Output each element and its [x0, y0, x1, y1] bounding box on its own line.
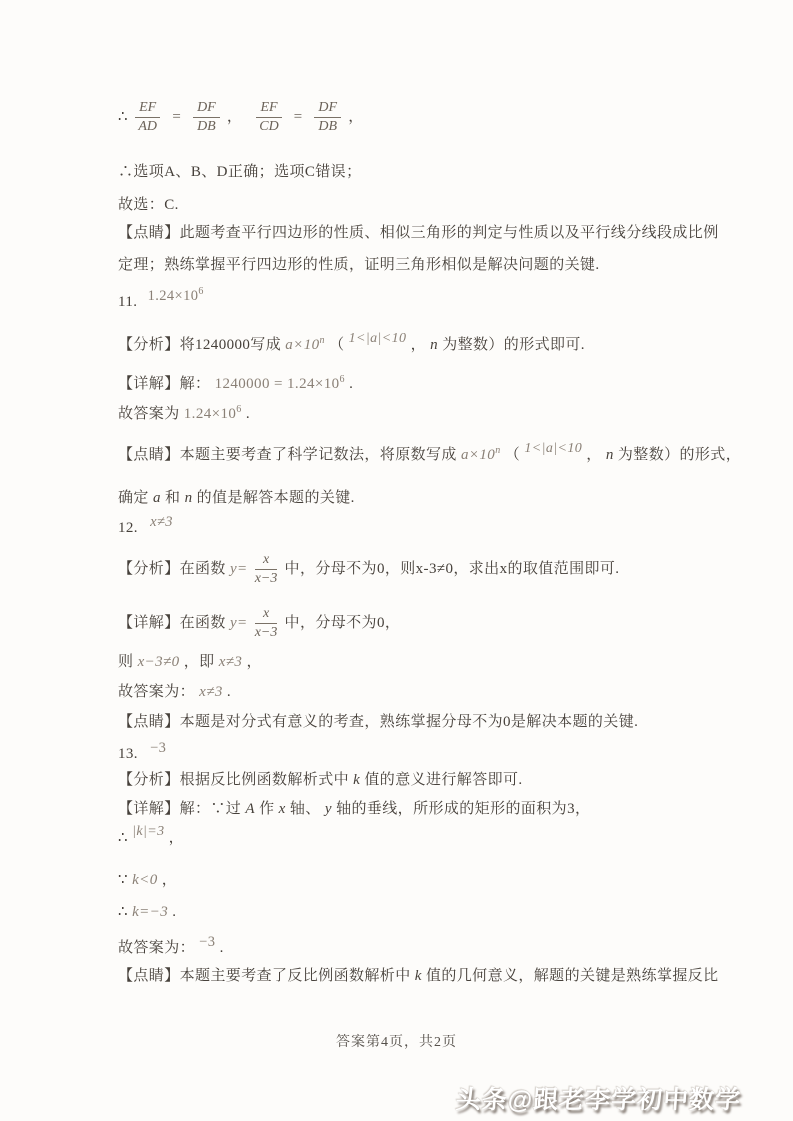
note-text-tail: 为整数）的形式，: [618, 447, 741, 463]
analysis-text-tail: 为整数）的形式即可.: [442, 337, 585, 353]
therefore-symbol: ∴: [118, 109, 128, 125]
q12-number: 12.: [118, 520, 138, 536]
result-value: −3: [199, 934, 215, 950]
detail-text: 轴、: [290, 801, 321, 817]
q12-analysis: 【分析】在函数 y= xx−3 中，分母不为0，则x-3≠0，求出x的取值范围即…: [118, 552, 619, 587]
q11-number: 11.: [118, 294, 137, 310]
var-y: y: [325, 801, 332, 817]
q12-step-line: 则 x−3≠0 ，即 x≠3 ，: [118, 650, 262, 671]
note-text: 【点睛】本题主要考查了反比例函数解析中: [118, 968, 411, 984]
q11-analysis: 【分析】将1240000写成 a×10n （ 1<|a|<10 ， n 为整数）…: [118, 331, 585, 354]
sci-exponent: n: [495, 445, 500, 456]
fraction-x-over-x-minus-3: xx−3: [255, 552, 278, 587]
fraction-numerator: x: [255, 606, 278, 624]
inequality-x-minus-3: x−3≠0: [138, 654, 180, 670]
note-text-tail: 的值是解答本题的关键.: [197, 490, 355, 506]
equals-sign: =: [171, 109, 182, 125]
note-text-tail: 值的几何意义，解题的关键是熟练掌握反比: [426, 968, 719, 984]
condition-formula: 1<|a|<10: [349, 331, 407, 346]
fraction-denominator: DB: [193, 118, 220, 135]
result-value: 1.24×106: [184, 406, 242, 422]
fraction-ef-ad: EFAD: [135, 100, 160, 135]
fraction-denominator: AD: [135, 118, 160, 135]
fraction-denominator: CD: [256, 118, 281, 135]
q13-detail: 【详解】解：∵过 A 作 x 轴、 y 轴的垂线，所形成的矩形的面积为3，: [118, 797, 590, 818]
comma: ，: [586, 447, 601, 463]
fraction-denominator: x−3: [255, 570, 278, 587]
note-text: 【点睛】本题主要考查了科学记数法，将原数写成: [118, 447, 457, 463]
q10-options-conclusion: ∴选项A、B、D正确；选项C错误；: [118, 160, 361, 181]
q13-answer-value: −3: [150, 740, 166, 756]
q11-detail: 【详解】解： 1240000 = 1.24×106 .: [118, 372, 353, 393]
q13-step2: ∵ k<0 ，: [118, 868, 177, 889]
q12-result: 故答案为： x≠3 .: [118, 680, 231, 701]
q12-answer-value: x≠3: [150, 514, 173, 530]
equation-exponent: 6: [340, 374, 345, 385]
answer-sheet-page: ∴ EFAD = DFDB ， EFCD = DFDB ， ∴选项A、B、D正确…: [0, 0, 793, 1121]
detail-label: 【详解】在函数: [118, 615, 226, 631]
q10-choice-line: 故选：C.: [118, 193, 179, 214]
detail-text: 作: [259, 801, 274, 817]
paren-open: （: [505, 447, 520, 463]
result-text: 故答案为：: [118, 940, 195, 956]
fraction-numerator: EF: [256, 100, 281, 118]
detail-label: 【详解】解：∵过: [118, 801, 241, 817]
var-x: x: [279, 801, 286, 817]
fraction-denominator: DB: [314, 118, 341, 135]
inequality-x: x≠3: [219, 654, 243, 670]
fraction-numerator: DF: [193, 100, 220, 118]
var-a: a: [153, 490, 161, 506]
watermark-toutiao: 头条@跟老李学初中数学: [454, 1080, 742, 1116]
q10-note-line1: 【点睛】此题考查平行四边形的性质、相似三角形的判定与性质以及平行线分线段成比例: [118, 221, 719, 242]
sci-base: 1.24×10: [184, 406, 237, 422]
fraction-x-over-x-minus-3: xx−3: [255, 606, 278, 641]
analysis-text-tail: 值的意义进行解答即可.: [364, 772, 522, 788]
therefore-symbol: ∴: [118, 904, 128, 920]
sci-base: a×10: [285, 337, 319, 353]
var-n: n: [185, 490, 193, 506]
q11-answer-line: 11. 1.24×106: [118, 286, 204, 311]
q13-number: 13.: [118, 746, 138, 762]
detail-label: 【详解】解：: [118, 376, 210, 392]
paren-open: （: [329, 337, 344, 353]
q10-proportion-formula-line: ∴ EFAD = DFDB ， EFCD = DFDB ，: [118, 100, 364, 135]
period: .: [246, 406, 250, 422]
comma: ，: [227, 109, 242, 125]
q13-step3: ∴ k=−3 .: [118, 902, 176, 921]
fraction-denominator: x−3: [255, 624, 278, 641]
q11-answer-value: 1.24×106: [148, 288, 204, 304]
fraction-numerator: x: [255, 552, 278, 570]
note-text: 和: [165, 490, 180, 506]
comma: ，: [246, 654, 261, 670]
q13-step1: ∴ |k|=3 ，: [118, 824, 184, 847]
condition-formula: 1<|a|<10: [524, 441, 582, 456]
var-A: A: [245, 801, 255, 817]
fraction-df-db: DFDB: [193, 100, 220, 135]
because-symbol: ∵: [118, 872, 128, 888]
sci-exponent: 6: [198, 286, 203, 297]
comma: ，: [162, 872, 177, 888]
k-equals-minus-3: k=−3: [132, 904, 168, 920]
analysis-text: 【分析】在函数: [118, 561, 226, 577]
q12-note: 【点睛】本题是对分式有意义的考查，熟练掌握分母不为0是解决本题的关键.: [118, 710, 638, 731]
q13-note: 【点睛】本题主要考查了反比例函数解析中 k 值的几何意义，解题的关键是熟练掌握反…: [118, 964, 719, 985]
q11-note-line2: 确定 a 和 n 的值是解答本题的关键.: [118, 486, 355, 507]
q13-answer-line: 13. −3: [118, 740, 166, 763]
fraction-df-db-2: DFDB: [314, 100, 341, 135]
result-value: x≠3: [199, 684, 223, 700]
period: .: [172, 904, 176, 920]
comma: ，: [169, 830, 184, 846]
fraction-numerator: DF: [314, 100, 341, 118]
analysis-text: 【分析】将1240000写成: [118, 337, 281, 353]
equation: 1240000 = 1.24×106: [215, 376, 345, 392]
k-less-than-0: k<0: [132, 872, 157, 888]
var-n: n: [430, 337, 438, 353]
q10-note-line2: 定理；熟练掌握平行四边形的性质，证明三角形相似是解决问题的关键.: [118, 253, 600, 274]
equals-sign: =: [293, 109, 304, 125]
comma: ，: [411, 337, 426, 353]
step-text: ，即: [184, 654, 215, 670]
var-k: k: [353, 772, 360, 788]
sci-notation-formula: a×10n: [285, 337, 325, 353]
sci-exponent: n: [320, 335, 325, 346]
analysis-text: 【分析】根据反比例函数解析式中: [118, 772, 349, 788]
result-text: 故答案为：: [118, 684, 195, 700]
q11-note-line1: 【点睛】本题主要考查了科学记数法，将原数写成 a×10n （ 1<|a|<10 …: [118, 441, 741, 464]
function-y-equals: y=: [230, 561, 248, 577]
q13-result: 故答案为： −3 .: [118, 934, 224, 957]
sci-base: a×10: [461, 447, 495, 463]
abs-k-equals-3: |k|=3: [132, 824, 164, 839]
result-text: 故答案为: [118, 406, 180, 422]
var-n: n: [606, 447, 614, 463]
sci-notation-formula: a×10n: [461, 447, 501, 463]
function-y-equals: y=: [230, 615, 248, 631]
step-text: 则: [118, 654, 133, 670]
q12-answer-line: 12. x≠3: [118, 514, 173, 537]
var-k: k: [415, 968, 422, 984]
period: .: [227, 684, 231, 700]
analysis-text-tail: 中，分母不为0，则x-3≠0，求出x的取值范围即可.: [285, 561, 620, 577]
detail-text-tail: 中，分母不为0，: [285, 615, 401, 631]
note-text: 确定: [118, 490, 149, 506]
q13-analysis: 【分析】根据反比例函数解析式中 k 值的意义进行解答即可.: [118, 768, 523, 789]
equation-base: 1240000 = 1.24×10: [215, 376, 340, 392]
q11-result: 故答案为 1.24×106 .: [118, 402, 250, 423]
period: .: [349, 376, 353, 392]
sci-base: 1.24×10: [148, 288, 199, 304]
fraction-numerator: EF: [135, 100, 160, 118]
therefore-symbol: ∴: [118, 830, 128, 846]
period: .: [220, 940, 224, 956]
detail-text-tail: 轴的垂线，所形成的矩形的面积为3，: [336, 801, 590, 817]
page-footer: 答案第4页，共2页: [0, 1031, 793, 1051]
comma: ，: [348, 109, 363, 125]
sci-exponent: 6: [236, 404, 241, 415]
q12-detail: 【详解】在函数 y= xx−3 中，分母不为0，: [118, 606, 400, 641]
fraction-ef-cd: EFCD: [256, 100, 281, 135]
